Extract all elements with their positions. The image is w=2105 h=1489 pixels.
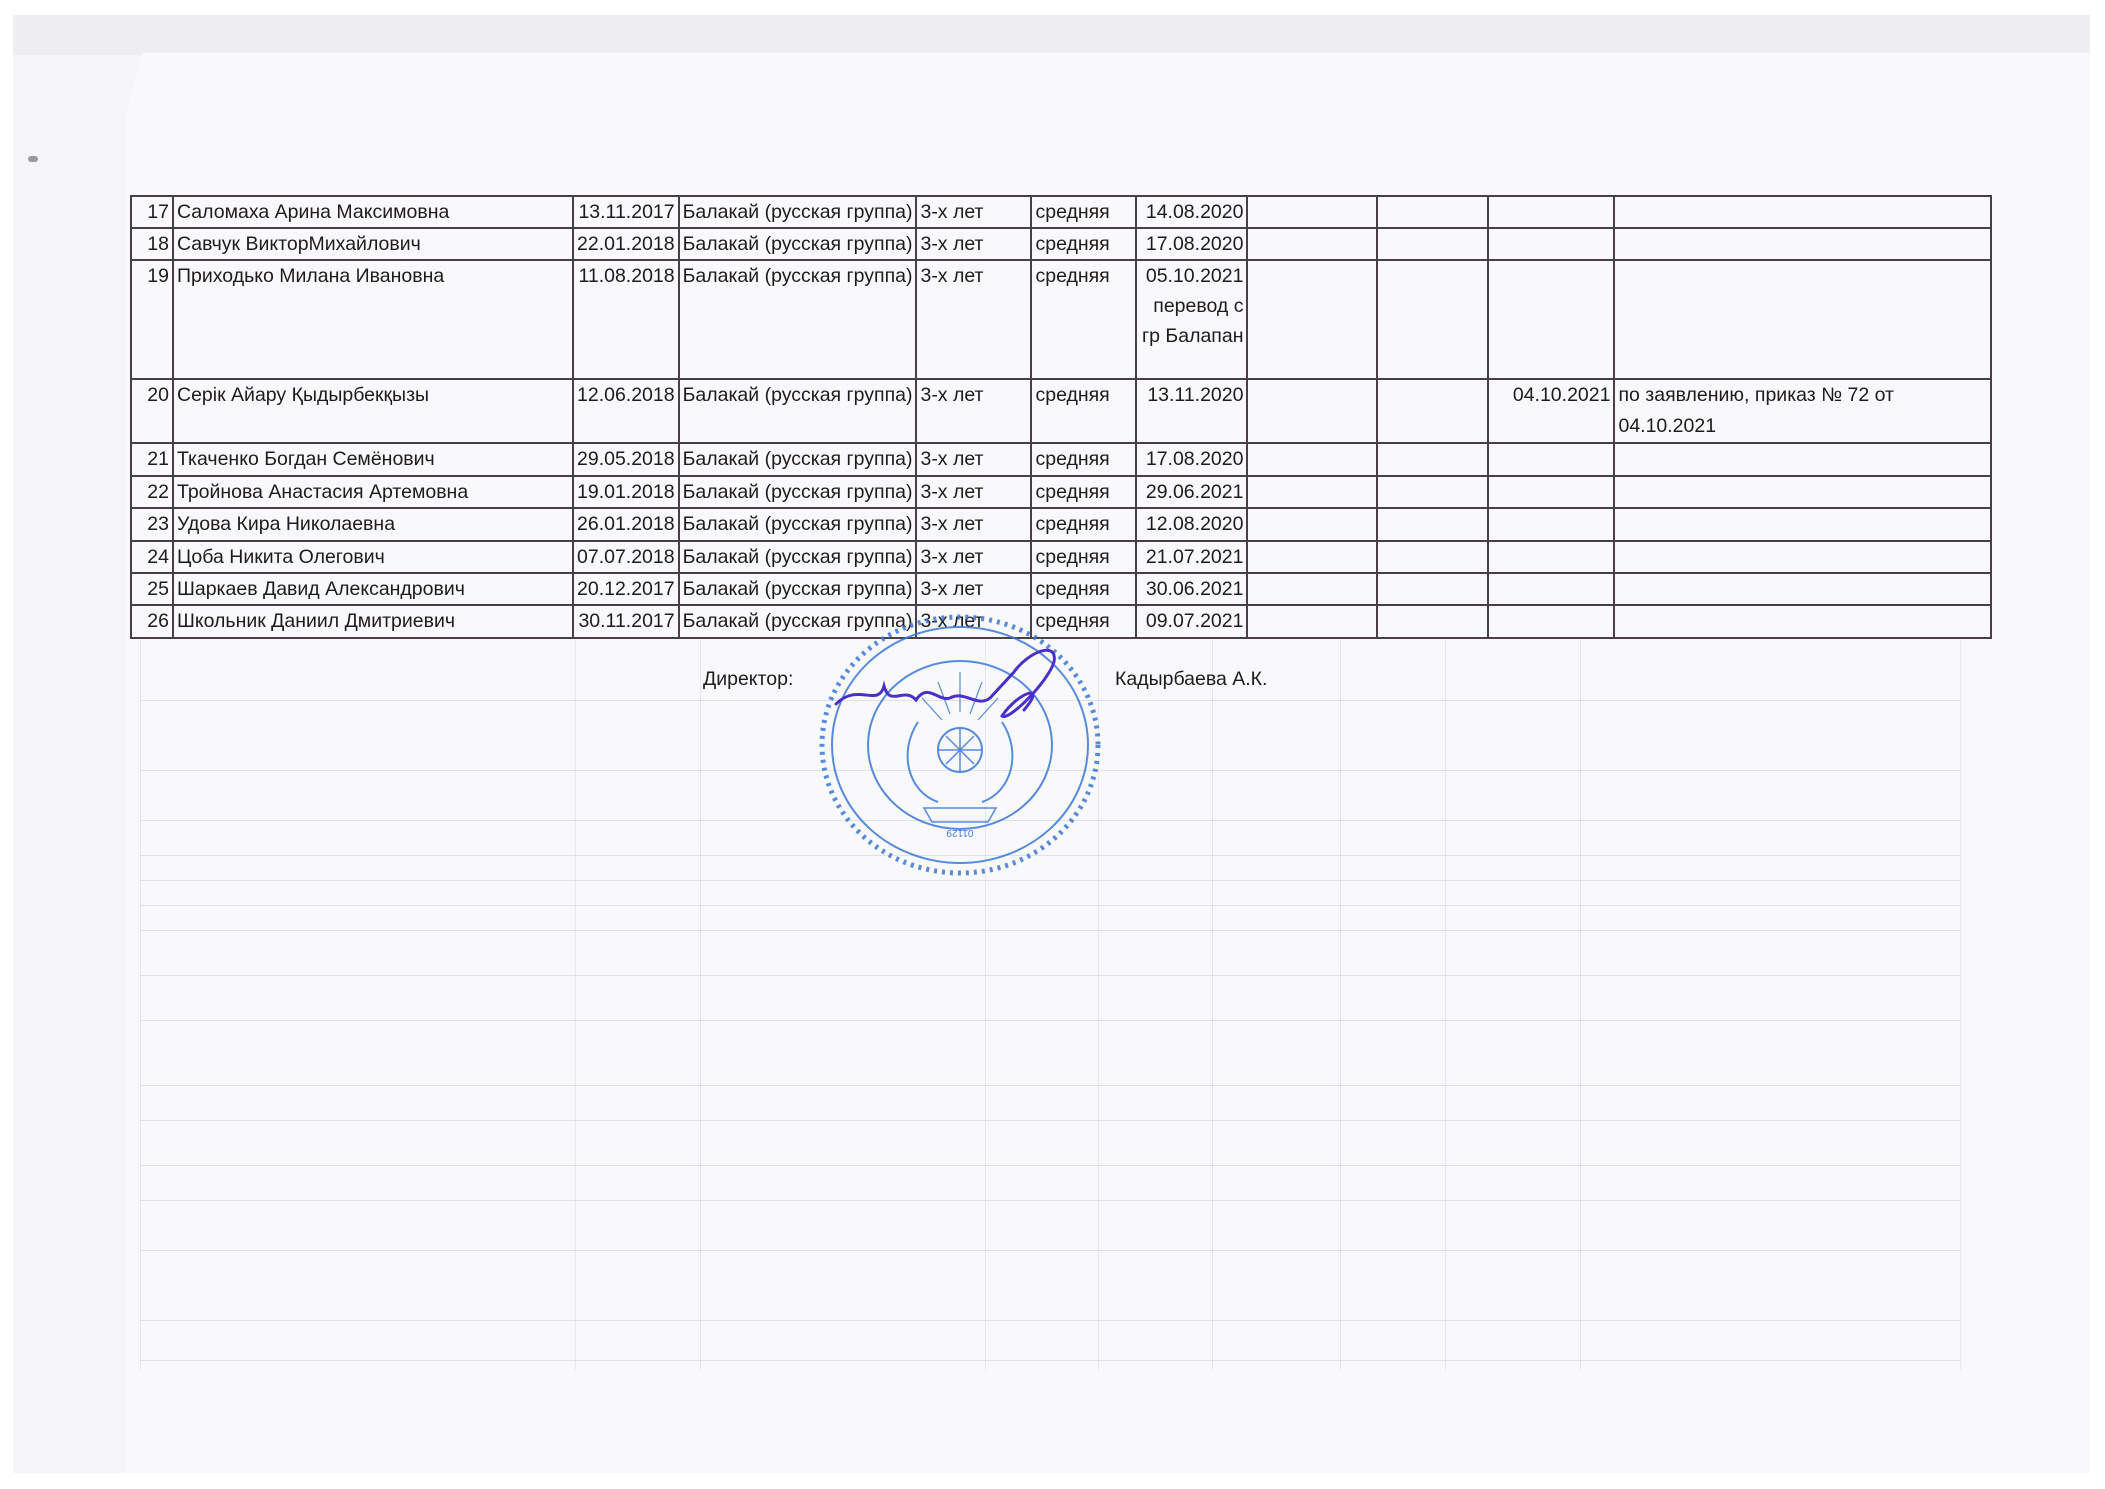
cell-category: средняя: [1031, 196, 1136, 228]
cell-reason: [1614, 196, 1991, 228]
cell-col8: [1247, 260, 1377, 379]
cell-empty: [1377, 508, 1488, 541]
cell-col8: [1247, 228, 1377, 260]
cell-leave-date: 04.10.2021: [1488, 379, 1614, 443]
show-through-line: [1212, 640, 1213, 1370]
cell-name: Савчук ВикторМихайлович: [173, 228, 573, 260]
cell-num: 22: [131, 476, 173, 508]
cell-group: Балакай (русская группа): [679, 476, 917, 508]
signature-role-label: Директор:: [703, 668, 793, 691]
cell-category: средняя: [1031, 443, 1136, 476]
scanner-lid-shadow: [13, 15, 2090, 55]
show-through-line: [140, 640, 141, 1370]
table-row: 23Удова Кира Николаевна26.01.2018Балакай…: [131, 508, 1991, 541]
cell-num: 23: [131, 508, 173, 541]
show-through-line: [140, 1020, 1960, 1021]
cell-age: 3-х лет: [916, 476, 1031, 508]
table-row: 17Саломаха Арина Максимовна13.11.2017Бал…: [131, 196, 1991, 228]
cell-empty: [1377, 605, 1488, 638]
cell-name: Цоба Никита Олегович: [173, 541, 573, 573]
cell-birth-date: 30.11.2017: [573, 605, 679, 638]
cell-enroll-date: 14.08.2020: [1136, 196, 1247, 228]
show-through-line: [140, 1120, 1960, 1121]
cell-group: Балакай (русская группа): [679, 573, 917, 605]
cell-col8: [1247, 541, 1377, 573]
cell-enroll-date: 17.08.2020: [1136, 443, 1247, 476]
cell-group: Балакай (русская группа): [679, 443, 917, 476]
show-through-line: [140, 1200, 1960, 1201]
cell-num: 17: [131, 196, 173, 228]
cell-name: Приходько Милана Ивановна: [173, 260, 573, 379]
show-through-line: [1580, 640, 1581, 1370]
cell-age: 3-х лет: [916, 379, 1031, 443]
cell-age: 3-х лет: [916, 228, 1031, 260]
show-through-line: [575, 640, 576, 1370]
cell-num: 19: [131, 260, 173, 379]
cell-age: 3-х лет: [916, 541, 1031, 573]
cell-group: Балакай (русская группа): [679, 541, 917, 573]
cell-num: 21: [131, 443, 173, 476]
table-row: 24Цоба Никита Олегович07.07.2018Балакай …: [131, 541, 1991, 573]
show-through-line: [140, 1165, 1960, 1166]
cell-empty: [1377, 443, 1488, 476]
cell-birth-date: 11.08.2018: [573, 260, 679, 379]
show-through-line: [1960, 640, 1961, 1370]
cell-birth-date: 26.01.2018: [573, 508, 679, 541]
cell-age: 3-х лет: [916, 196, 1031, 228]
cell-col8: [1247, 196, 1377, 228]
children-roster-table: 17Саломаха Арина Максимовна13.11.2017Бал…: [130, 195, 1992, 639]
cell-enroll-date: 21.07.2021: [1136, 541, 1247, 573]
cell-num: 25: [131, 573, 173, 605]
table-row: 22Тройнова Анастасия Артемовна19.01.2018…: [131, 476, 1991, 508]
cell-category: средняя: [1031, 379, 1136, 443]
cell-group: Балакай (русская группа): [679, 196, 917, 228]
cell-reason: [1614, 476, 1991, 508]
cell-birth-date: 13.11.2017: [573, 196, 679, 228]
cell-name: Тройнова Анастасия Артемовна: [173, 476, 573, 508]
cell-leave-date: [1488, 476, 1614, 508]
signatory-name: Кадырбаева А.К.: [1115, 668, 1267, 691]
cell-category: средняя: [1031, 541, 1136, 573]
official-seal-stamp-icon: 01129: [818, 612, 1102, 878]
cell-empty: [1377, 476, 1488, 508]
cell-empty: [1377, 228, 1488, 260]
cell-leave-date: [1488, 508, 1614, 541]
cell-leave-date: [1488, 573, 1614, 605]
cell-leave-date: [1488, 605, 1614, 638]
cell-empty: [1377, 379, 1488, 443]
cell-reason: [1614, 260, 1991, 379]
cell-birth-date: 19.01.2018: [573, 476, 679, 508]
cell-col8: [1247, 443, 1377, 476]
cell-enroll-date: 09.07.2021: [1136, 605, 1247, 638]
show-through-line: [140, 930, 1960, 931]
cell-col8: [1247, 573, 1377, 605]
cell-category: средняя: [1031, 573, 1136, 605]
punch-hole-mark: [28, 156, 38, 162]
cell-group: Балакай (русская группа): [679, 228, 917, 260]
show-through-line: [140, 880, 1960, 881]
cell-empty: [1377, 541, 1488, 573]
show-through-line: [140, 1320, 1960, 1321]
cell-birth-date: 12.06.2018: [573, 379, 679, 443]
cell-age: 3-х лет: [916, 443, 1031, 476]
cell-empty: [1377, 196, 1488, 228]
cell-group: Балакай (русская группа): [679, 260, 917, 379]
cell-enroll-date: 30.06.2021: [1136, 573, 1247, 605]
cell-category: средняя: [1031, 228, 1136, 260]
cell-name: Серік Айару Қыдырбекқызы: [173, 379, 573, 443]
show-through-line: [140, 1360, 1960, 1361]
show-through-line: [1340, 640, 1341, 1370]
cell-reason: [1614, 605, 1991, 638]
cell-leave-date: [1488, 196, 1614, 228]
cell-reason: [1614, 573, 1991, 605]
table-row: 18Савчук ВикторМихайлович22.01.2018Балак…: [131, 228, 1991, 260]
show-through-line: [700, 640, 701, 1370]
cell-age: 3-х лет: [916, 508, 1031, 541]
cell-leave-date: [1488, 541, 1614, 573]
cell-enroll-date: 12.08.2020: [1136, 508, 1247, 541]
cell-age: 3-х лет: [916, 573, 1031, 605]
cell-name: Ткаченко Богдан Семёнович: [173, 443, 573, 476]
cell-category: средняя: [1031, 476, 1136, 508]
cell-num: 24: [131, 541, 173, 573]
cell-num: 20: [131, 379, 173, 443]
cell-num: 18: [131, 228, 173, 260]
cell-col8: [1247, 605, 1377, 638]
cell-reason: [1614, 228, 1991, 260]
cell-leave-date: [1488, 260, 1614, 379]
show-through-line: [140, 905, 1960, 906]
cell-num: 26: [131, 605, 173, 638]
cell-birth-date: 22.01.2018: [573, 228, 679, 260]
cell-col8: [1247, 379, 1377, 443]
cell-birth-date: 29.05.2018: [573, 443, 679, 476]
cell-reason: [1614, 443, 1991, 476]
cell-leave-date: [1488, 228, 1614, 260]
cell-empty: [1377, 573, 1488, 605]
cell-name: Удова Кира Николаевна: [173, 508, 573, 541]
cell-col8: [1247, 476, 1377, 508]
cell-name: Школьник Даниил Дмитриевич: [173, 605, 573, 638]
show-through-line: [140, 975, 1960, 976]
cell-birth-date: 20.12.2017: [573, 573, 679, 605]
show-through-line: [140, 1250, 1960, 1251]
cell-category: средняя: [1031, 260, 1136, 379]
table-row: 21Ткаченко Богдан Семёнович29.05.2018Бал…: [131, 443, 1991, 476]
show-through-line: [140, 1085, 1960, 1086]
cell-enroll-date: 29.06.2021: [1136, 476, 1247, 508]
cell-birth-date: 07.07.2018: [573, 541, 679, 573]
cell-reason: [1614, 508, 1991, 541]
table-row: 19Приходько Милана Ивановна11.08.2018Бал…: [131, 260, 1991, 379]
cell-reason: [1614, 541, 1991, 573]
cell-age: 3-х лет: [916, 260, 1031, 379]
cell-empty: [1377, 260, 1488, 379]
show-through-line: [1445, 640, 1446, 1370]
cell-col8: [1247, 508, 1377, 541]
svg-text:01129: 01129: [946, 827, 974, 838]
cell-group: Балакай (русская группа): [679, 508, 917, 541]
cell-category: средняя: [1031, 508, 1136, 541]
table-row: 20Серік Айару Қыдырбекқызы12.06.2018Бала…: [131, 379, 1991, 443]
cell-enroll-date: 17.08.2020: [1136, 228, 1247, 260]
cell-enroll-date: 13.11.2020: [1136, 379, 1247, 443]
cell-enroll-date: 05.10.2021 перевод с гр Балапан: [1136, 260, 1247, 379]
cell-leave-date: [1488, 443, 1614, 476]
cell-reason: по заявлению, приказ № 72 от 04.10.2021: [1614, 379, 1991, 443]
cell-name: Саломаха Арина Максимовна: [173, 196, 573, 228]
table-row: 25Шаркаев Давид Александрович20.12.2017Б…: [131, 573, 1991, 605]
cell-group: Балакай (русская группа): [679, 379, 917, 443]
cell-name: Шаркаев Давид Александрович: [173, 573, 573, 605]
